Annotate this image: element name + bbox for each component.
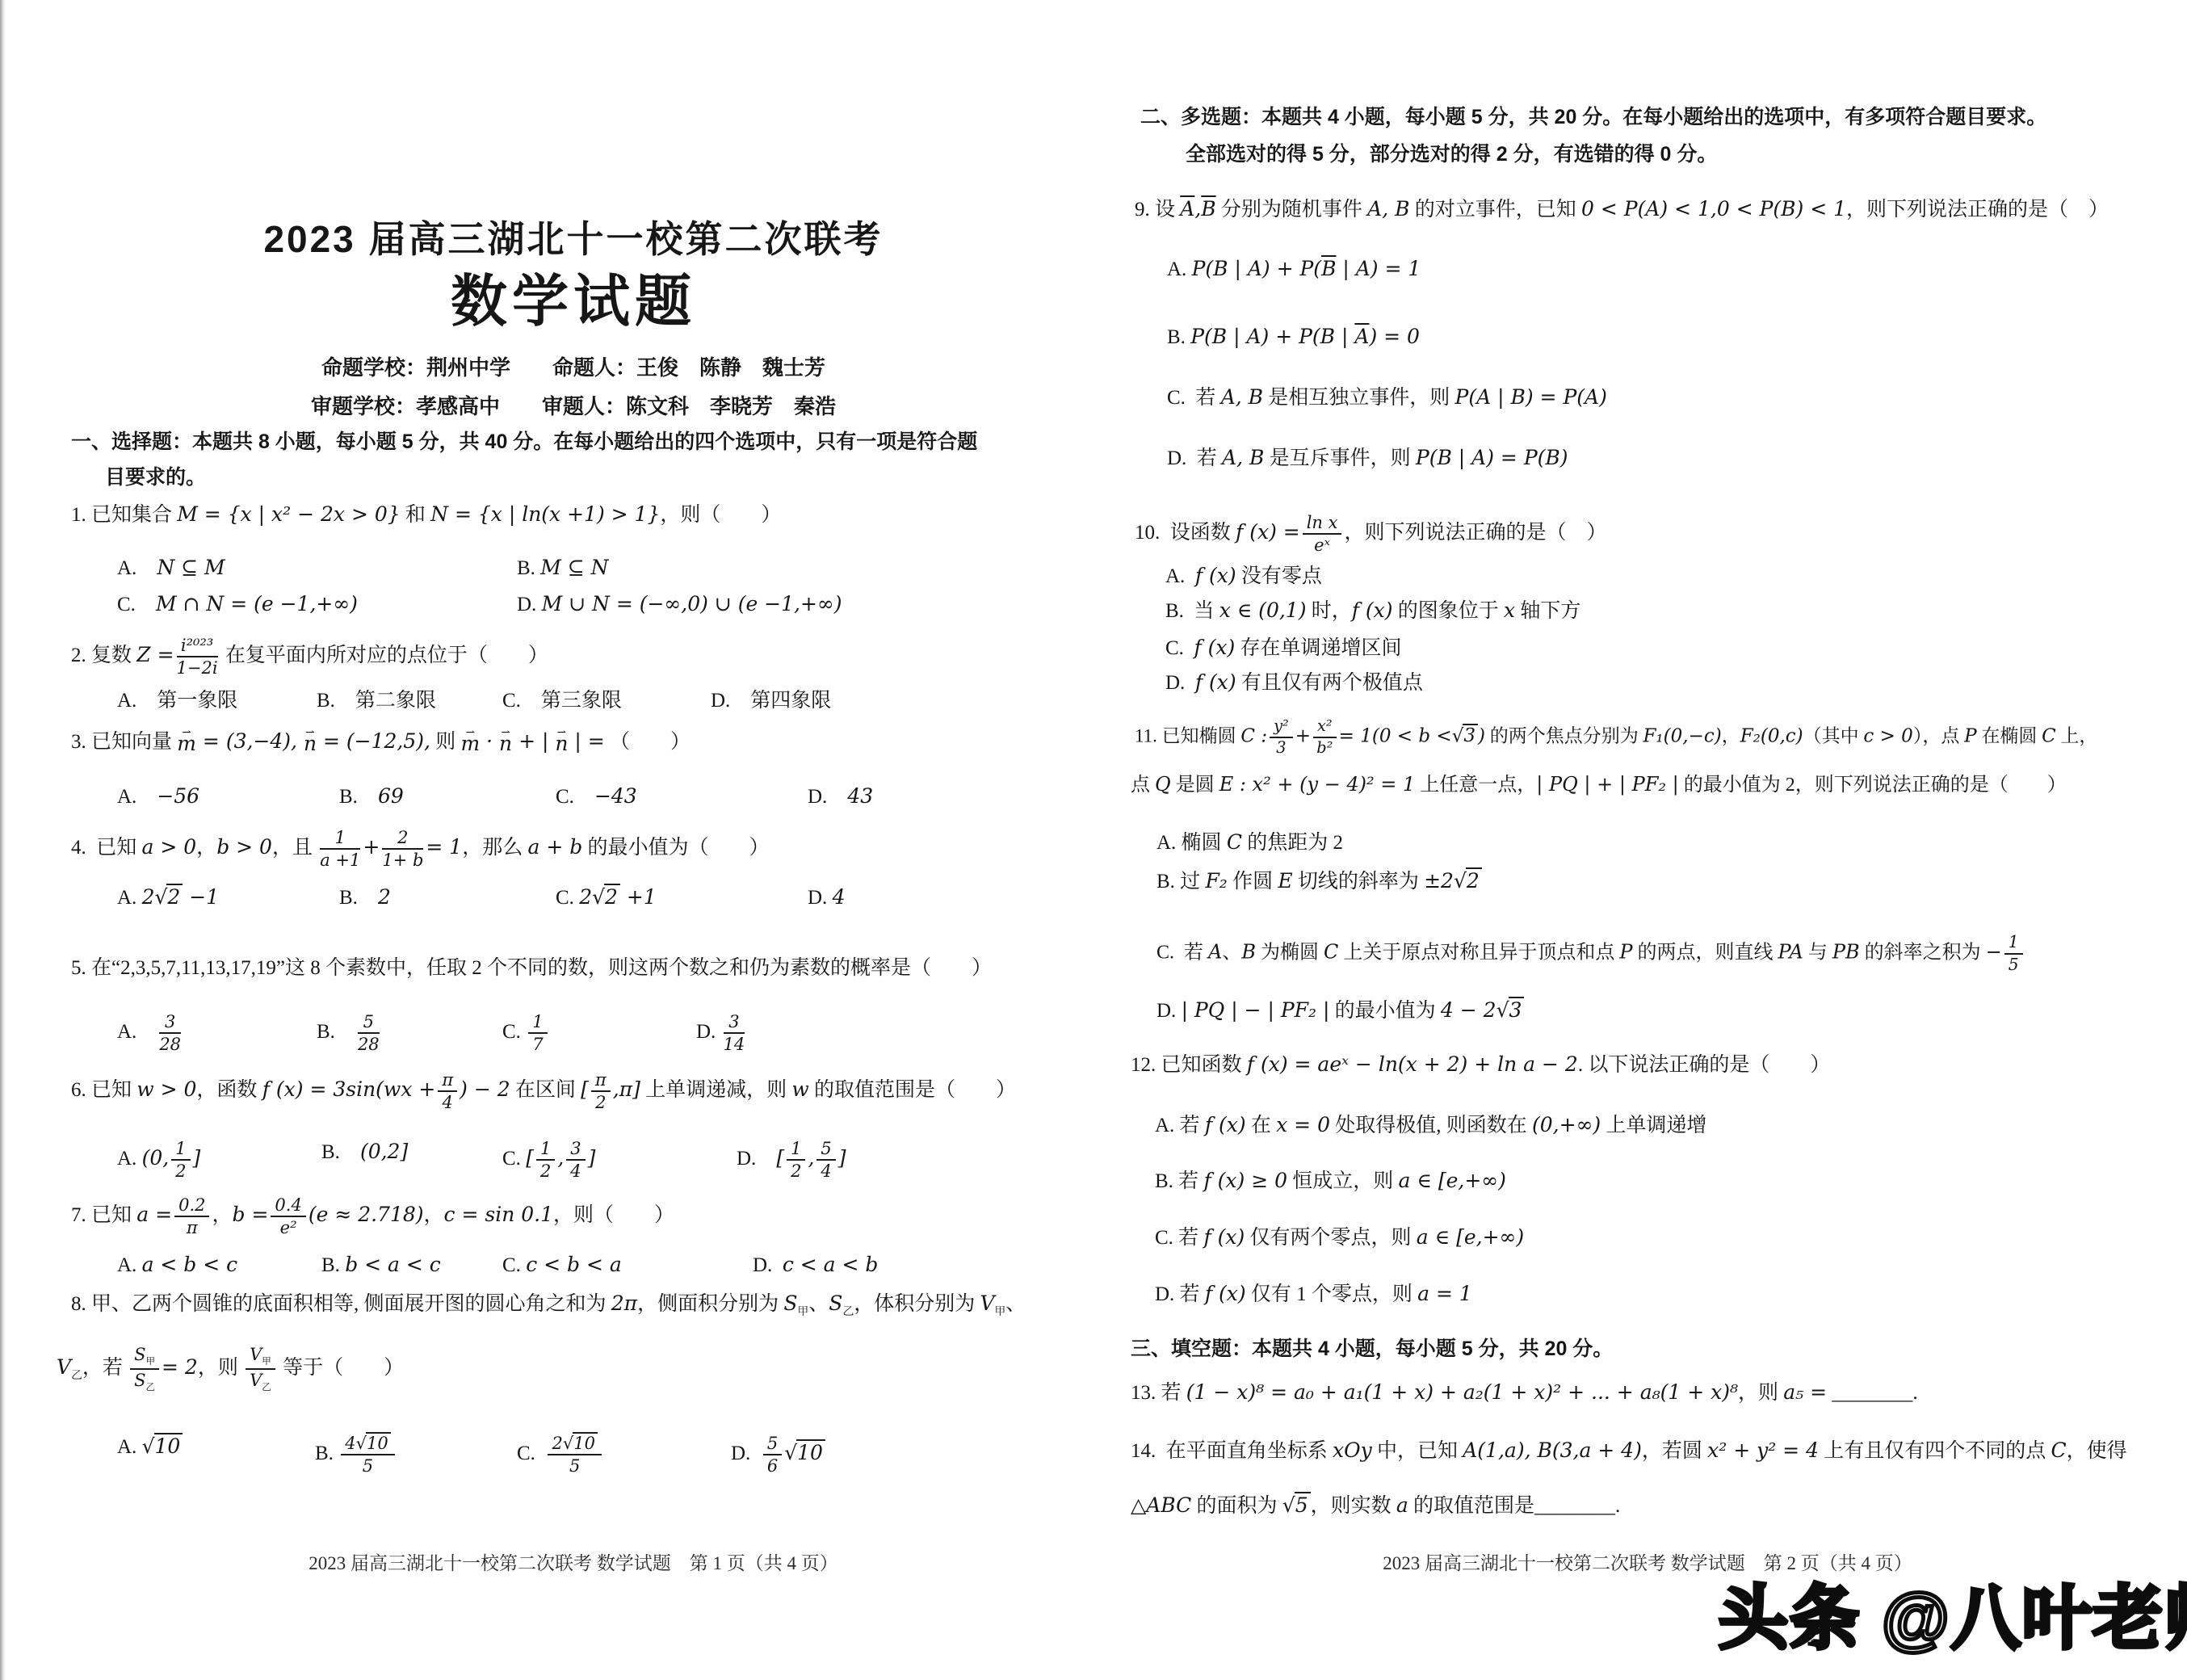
question-6-option-b: B. (0,2]	[321, 1139, 408, 1165]
exam-reviewer-line: 审题学校：孝感高中 审题人：陈文科 李晓芳 秦浩	[52, 394, 1094, 421]
question-8-option-c: C. 2√105	[517, 1434, 604, 1476]
question-11-option-b: B. 过 F₂ 作圆 E 切线的斜率为 ±2√2	[1156, 868, 1482, 894]
question-4-stem: 4. 已知 a > 0，b > 0，且 1a +1+21+ b= 1，那么 a …	[71, 828, 769, 870]
question-5-option-d: D. 314	[696, 1012, 747, 1054]
question-1-option-b: B. M ⊆ N	[517, 555, 609, 581]
question-2-option-a: A. 第一象限	[117, 688, 237, 713]
question-2-option-b: B. 第二象限	[317, 688, 436, 713]
question-9-stem: 9. 设 A,B 分别为随机事件 A, B 的对立事件，已知 0 < P(A) …	[1135, 196, 2109, 222]
question-6-stem: 6. 已知 w > 0，函数 f (x) = 3sin(wx +π4) − 2 …	[71, 1070, 1016, 1112]
question-4-option-b: B. 2	[339, 884, 391, 910]
question-9-option-b: B. P(B | A) + P(B | A) = 0	[1167, 324, 1420, 350]
question-7-option-b: B. b < a < c	[321, 1252, 441, 1278]
question-3-stem: 3. 已知向量 ⇀m = (3,−4), ⇀n = (−12,5), 则 ⇀m …	[71, 729, 691, 754]
question-14-stem-line-1: 14. 在平面直角坐标系 xOy 中，已知 A(1,a), B(3,a + 4)…	[1131, 1438, 2127, 1464]
section-2-header-line-2: 全部选对的得 5 分，部分选对的得 2 分，有选错的得 0 分。	[1186, 142, 1717, 167]
section-2-header-line-1: 二、多选题：本题共 4 小题，每小题 5 分，共 20 分。在每小题给出的选项中…	[1140, 105, 2046, 130]
question-8-option-b: B. 4√105	[315, 1434, 397, 1476]
question-9-option-c: C. 若 A, B 是相互独立事件，则 P(A | B) = P(A)	[1167, 384, 1607, 410]
question-7-option-c: C. c < b < a	[502, 1252, 622, 1278]
question-12-stem: 12. 已知函数 f (x) = aeˣ − ln(x + 2) + ln a …	[1131, 1052, 1830, 1077]
scanned-exam-paper: { "doc": { "watermark": "头条 @八叶老师", "pag…	[0, 0, 2187, 1680]
question-9-option-d: D. 若 A, B 是互斥事件，则 P(B | A) = P(B)	[1167, 445, 1568, 471]
question-4-option-d: D. 4	[808, 884, 845, 910]
question-6-option-d: D. [12,54]	[737, 1139, 846, 1181]
question-11-stem-line-1: 11. 已知椭圆 C :y²3+x²b²= 1(0 < b <√3) 的两个焦点…	[1135, 717, 2097, 758]
question-5-option-c: C. 17	[502, 1012, 550, 1054]
question-5-option-a: A. 328	[117, 1012, 183, 1054]
question-7-option-d: D. c < a < b	[753, 1252, 878, 1278]
question-6-option-a: A. (0,12]	[117, 1139, 200, 1181]
question-7-stem: 7. 已知 a =0.2π，b =0.4e²(e ≈ 2.718)，c = si…	[71, 1195, 674, 1237]
question-3-option-c: C. −43	[556, 783, 637, 809]
question-6-option-c: C. [12,34]	[502, 1139, 595, 1181]
question-12-option-d: D. 若 f (x) 仅有 1 个零点，则 a = 1	[1155, 1281, 1472, 1307]
question-13-stem: 13. 若 (1 − x)⁸ = a₀ + a₁(1 + x) + a₂(1 +…	[1131, 1380, 1918, 1405]
section-3-header: 三、填空题：本题共 4 小题，每小题 5 分，共 20 分。	[1131, 1337, 1613, 1362]
question-11-option-a: A. 椭圆 C 的焦距为 2	[1156, 829, 1343, 855]
question-3-option-d: D. 43	[808, 783, 873, 809]
question-10-option-c: C. f (x) 存在单调递增区间	[1165, 635, 1402, 661]
watermark-toutiao-bayelaoshi: 头条 @八叶老师	[1719, 1562, 2187, 1662]
question-7-option-a: A. a < b < c	[117, 1252, 237, 1278]
section-1-header-line-2: 目要求的。	[105, 465, 206, 490]
page-subtitle: 数学试题	[52, 267, 1094, 338]
question-2-option-c: C. 第三象限	[502, 688, 622, 713]
question-12-option-c: C. 若 f (x) 仅有两个零点，则 a ∈ [e,+∞)	[1155, 1224, 1524, 1250]
page-title: 2023 届高三湖北十一校第二次联考	[52, 216, 1094, 263]
scan-edge-shadow	[0, 0, 6, 1680]
question-2-option-d: D. 第四象限	[711, 688, 831, 713]
question-11-option-d: D. | PQ | − | PF₂ | 的最小值为 4 − 2√3	[1156, 997, 1524, 1023]
question-4-option-c: C. 2√2 +1	[556, 884, 657, 910]
question-10-option-b: B. 当 x ∈ (0,1) 时，f (x) 的图象位于 x 轴下方	[1165, 598, 1580, 624]
question-14-stem-line-2: △ABC 的面积为 √5，则实数 a 的取值范围是________.	[1131, 1493, 1620, 1518]
question-4-option-a: A. 2√2 −1	[117, 884, 219, 910]
exam-setter-line: 命题学校：荆州中学 命题人：王俊 陈静 魏士芳	[52, 355, 1094, 382]
question-11-option-c: C. 若 A、B 为椭圆 C 上关于原点对称且异于顶点和点 P 的两点，则直线 …	[1156, 933, 2025, 975]
question-5-stem: 5. 在“2,3,5,7,11,13,17,19”这 8 个素数中，任取 2 个…	[71, 955, 992, 981]
question-12-option-b: B. 若 f (x) ≥ 0 恒成立，则 a ∈ [e,+∞)	[1155, 1168, 1506, 1194]
question-8-stem-line-1: 8. 甲、乙两个圆锥的底面积相等, 侧面展开图的圆心角之和为 2π，侧面积分别为…	[71, 1291, 1026, 1318]
question-1-option-a: A. N ⊆ M	[117, 555, 225, 581]
question-11-stem-line-2: 点 Q 是圆 E : x² + (y − 4)² = 1 上任意一点，| PQ …	[1131, 772, 2067, 797]
question-1-option-d: D. M ∪ N = (−∞,0) ∪ (e −1,+∞)	[517, 591, 842, 617]
question-12-option-a: A. 若 f (x) 在 x = 0 处取得极值, 则函数在 (0,+∞) 上单…	[1155, 1112, 1706, 1138]
question-3-option-b: B. 69	[339, 783, 404, 809]
question-10-option-d: D. f (x) 有且仅有两个极值点	[1165, 670, 1423, 695]
question-10-stem: 10. 设函数 f (x) =ln xeˣ，则下列说法正确的是（ ）	[1135, 513, 1607, 555]
question-1-stem: 1. 已知集合 M = {x | x² − 2x > 0} 和 N = {x |…	[71, 502, 781, 527]
question-3-option-a: A. −56	[117, 783, 199, 809]
question-1-option-c: C. M ∩ N = (e −1,+∞)	[117, 591, 358, 617]
question-8-stem-line-2: V乙，若 S甲S乙= 2，则 V甲V乙 等于（ ）	[57, 1345, 404, 1394]
question-5-option-b: B. 528	[317, 1012, 382, 1054]
question-9-option-a: A. P(B | A) + P(B | A) = 1	[1167, 256, 1421, 282]
question-8-option-a: A. √10	[117, 1434, 183, 1459]
section-1-header-line-1: 一、选择题：本题共 8 小题，每小题 5 分，共 40 分。在每小题给出的四个选…	[71, 430, 977, 455]
question-10-option-a: A. f (x) 没有零点	[1165, 563, 1322, 589]
question-2-stem: 2. 复数 Z =i²⁰²³1−2i 在复平面内所对应的点位于（ ）	[71, 636, 548, 678]
question-8-option-d: D. 56√10	[731, 1434, 825, 1476]
page-1-footer: 2023 届高三湖北十一校第二次联考 数学试题 第 1 页（共 4 页）	[52, 1552, 1094, 1576]
